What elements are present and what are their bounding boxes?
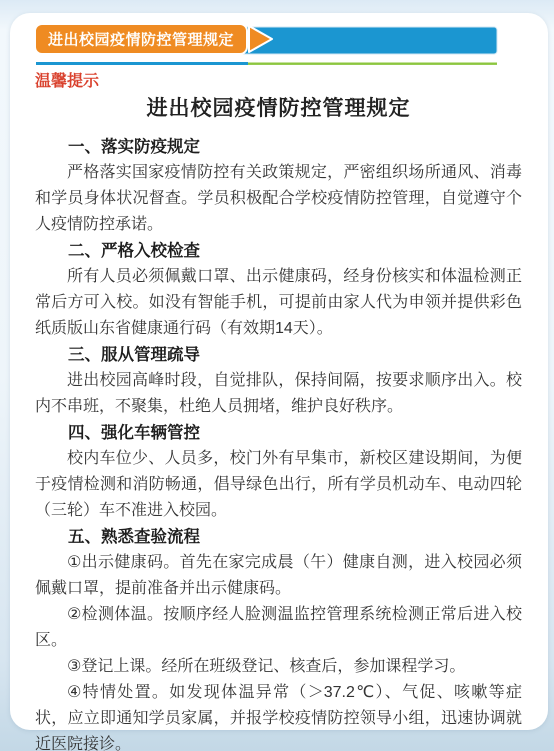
underline-blue-segment (36, 62, 248, 65)
section-paragraph: ①出示健康码。首先在家完成晨（午）健康自测，进入校园必须佩戴口罩，提前准备并出示… (35, 550, 522, 602)
section-paragraph: ③登记上课。经所在班级登记、核查后，参加课程学习。 (35, 654, 522, 680)
section-paragraph: 严格落实国家疫情防控有关政策规定，严密组织场所通风、消毒和学员身体状况督查。学员… (35, 160, 522, 238)
document-sections: 一、落实防疫规定严格落实国家疫情防控有关政策规定，严密组织场所通风、消毒和学员身… (35, 134, 522, 751)
section-paragraph: ②检测体温。按顺序经人脸测温监控管理系统检测正常后进入校区。 (35, 602, 522, 654)
section-paragraph: 进出校园高峰时段，自觉排队，保持间隔，按要求顺序出入。校内不串班，不聚集，杜绝人… (35, 368, 522, 420)
section-heading: 一、落实防疫规定 (35, 134, 522, 160)
header-banner: 进出校园疫情防控管理规定 (10, 13, 548, 69)
banner-label: 进出校园疫情防控管理规定 (47, 31, 234, 49)
section-heading: 三、服从管理疏导 (35, 342, 522, 368)
section-paragraph: 校内车位少、人员多，校门外有早集市，新校区建设期间，为便于疫情检测和消防畅通，倡… (35, 446, 522, 524)
section-heading: 四、强化车辆管控 (35, 420, 522, 446)
section-heading: 五、熟悉查验流程 (35, 524, 522, 550)
section-paragraph: 所有人员必须佩戴口罩、出示健康码，经身份核实和体温检测正常后方可入校。如没有智能… (35, 264, 522, 342)
section-paragraph: ④特情处置。如发现体温异常（＞37.2℃）、气促、咳嗽等症状，应立即通知学员家属… (35, 680, 522, 751)
section-heading: 二、严格入校检查 (35, 238, 522, 264)
document-body: 温馨提示 进出校园疫情防控管理规定 一、落实防疫规定严格落实国家疫情防控有关政策… (35, 73, 522, 751)
underline-green-segment (248, 63, 497, 65)
document-title: 进出校园疫情防控管理规定 (35, 97, 522, 121)
notice-card: 进出校园疫情防控管理规定 温馨提示 进出校园疫情防控管理规定 一、落实防疫规定严… (10, 13, 548, 730)
tip-label: 温馨提示 (35, 73, 522, 91)
